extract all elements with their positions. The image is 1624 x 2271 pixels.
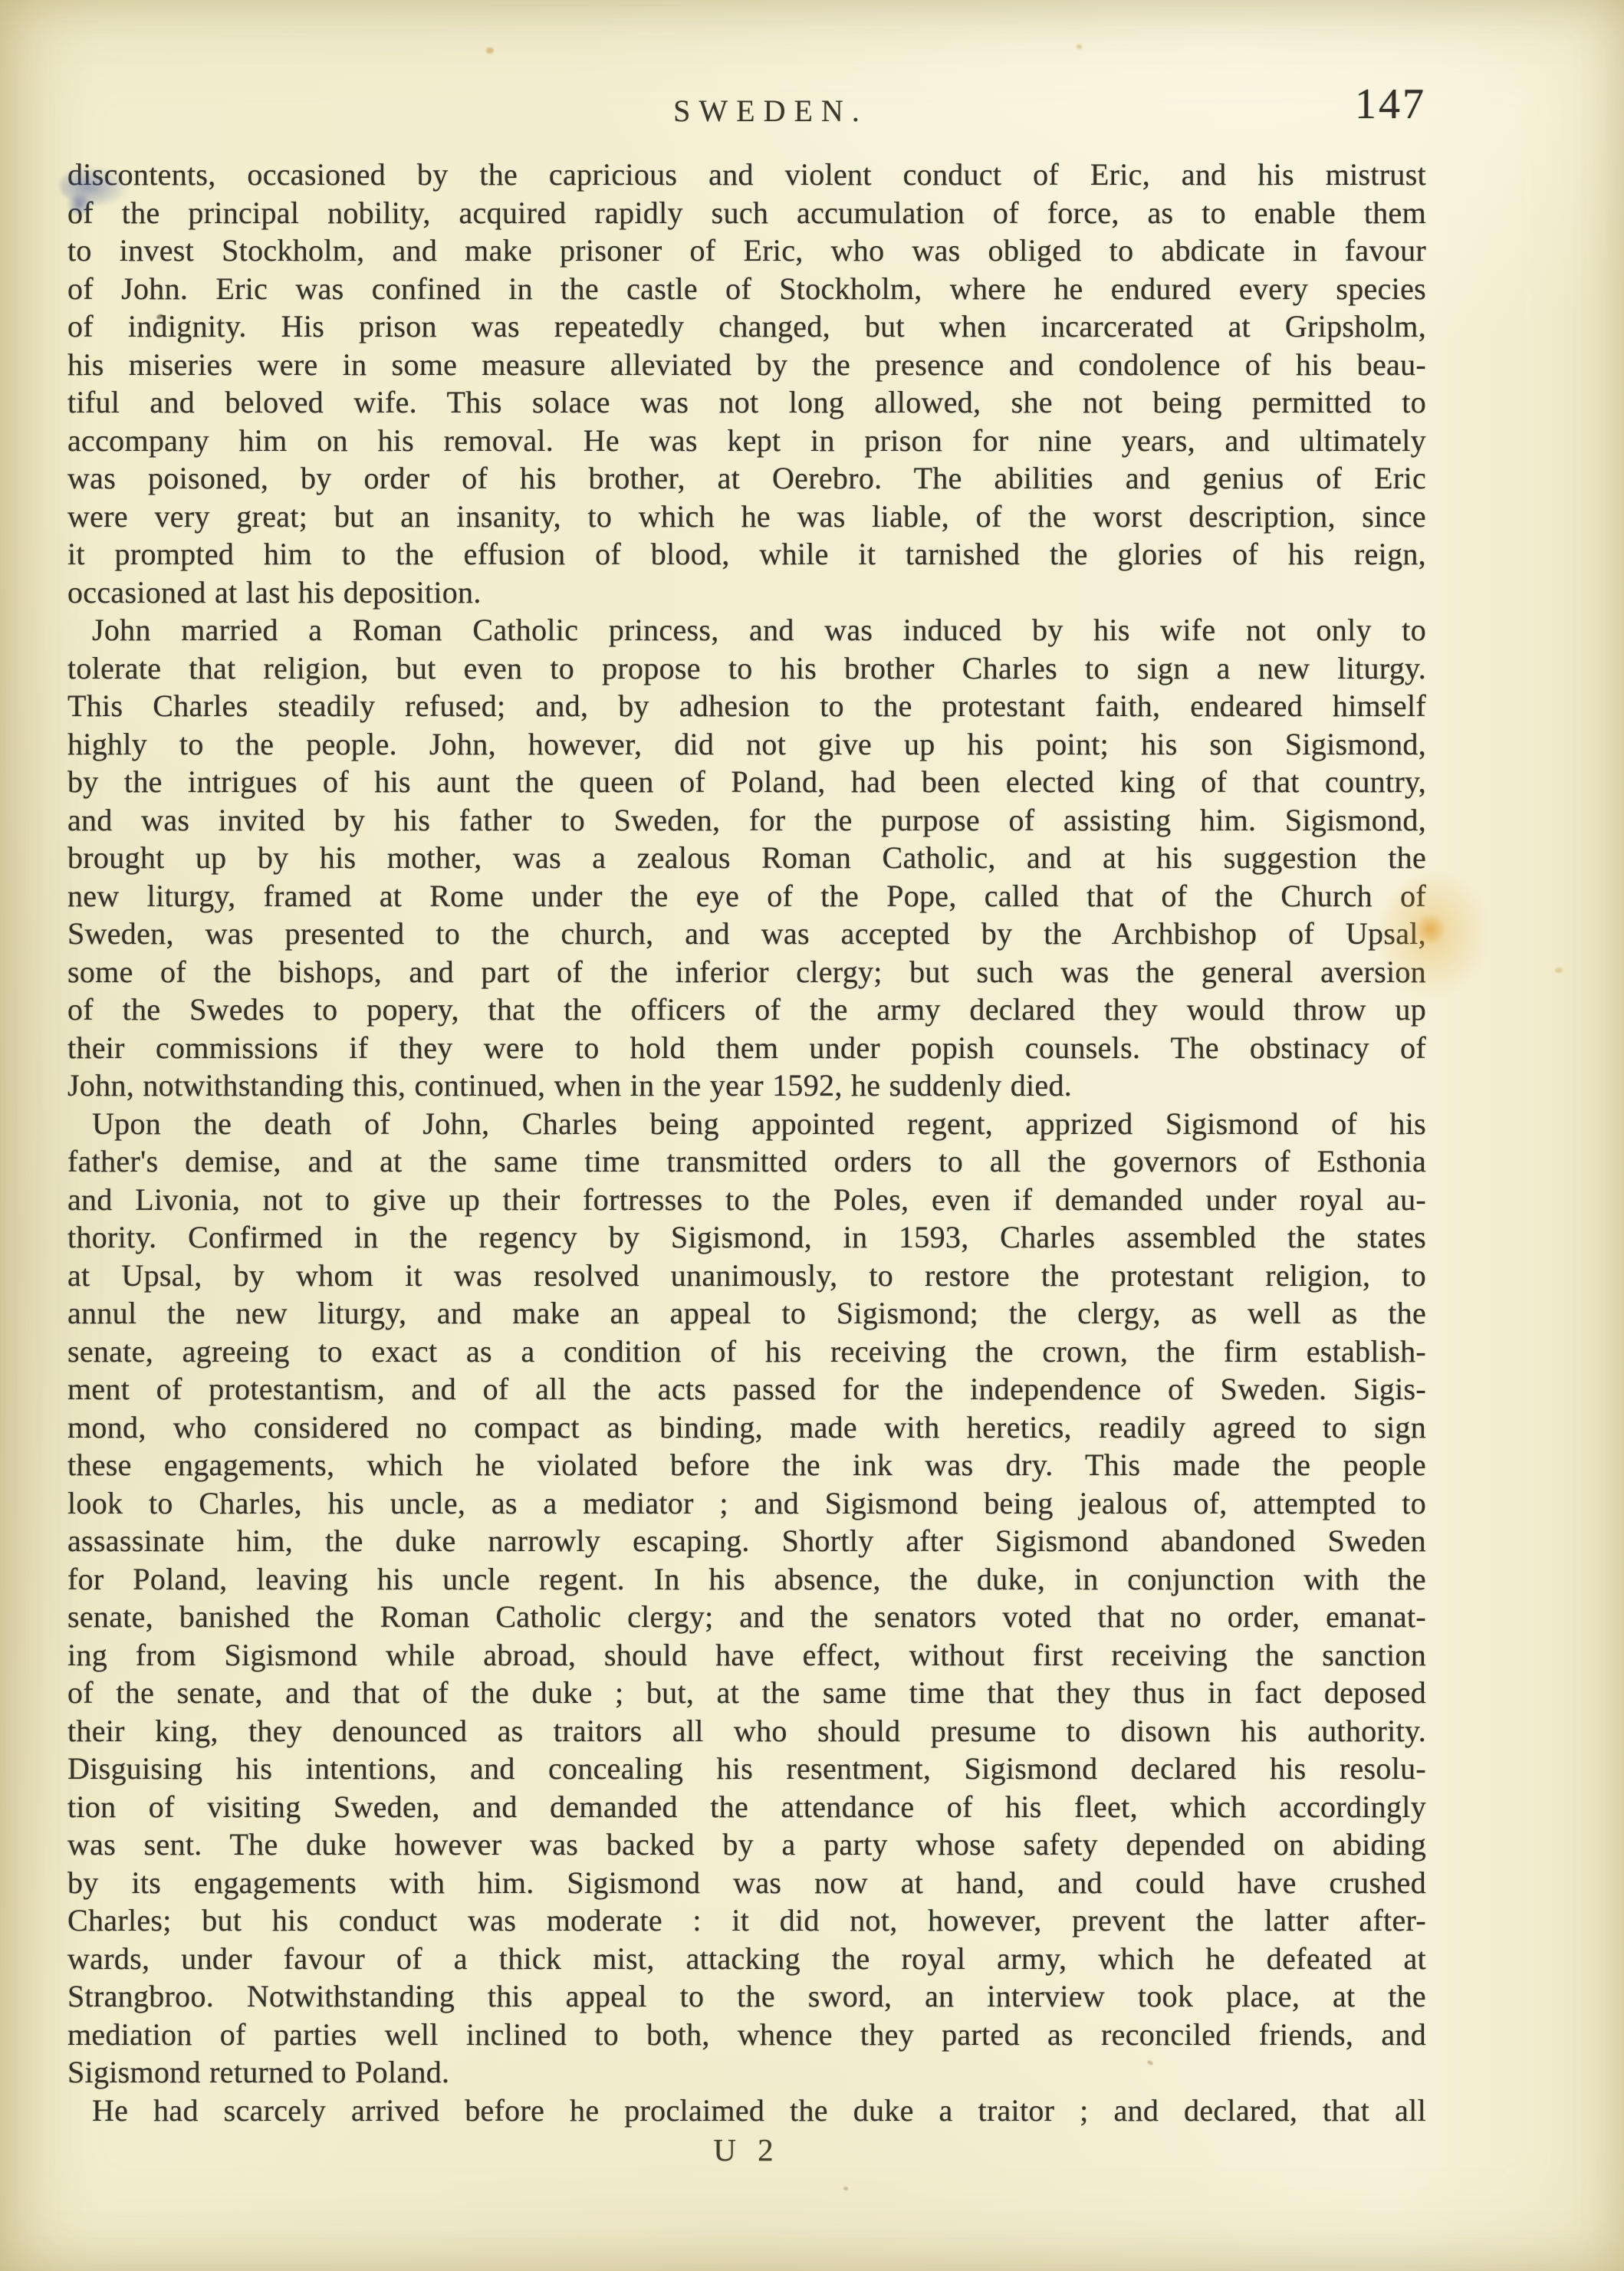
text-line: father's demise, and at the same time tr…	[67, 1142, 1426, 1181]
text-line: mediation of parties well inclined to bo…	[67, 2016, 1426, 2054]
text-line: ment of protestantism, and of all the ac…	[67, 1370, 1426, 1408]
text-line: ing from Sigismond while abroad, should …	[67, 1636, 1426, 1674]
text-line: their king, they denounced as traitors a…	[67, 1712, 1426, 1750]
text-line: to invest Stockholm, and make prisoner o…	[67, 232, 1426, 270]
text-line: accompany him on his removal. He was kep…	[67, 422, 1426, 460]
text-line: and Livonia, not to give up their fortre…	[67, 1181, 1426, 1219]
text-line: of the senate, and that of the duke ; bu…	[67, 1674, 1426, 1712]
text-line: highly to the people. John, however, did…	[67, 725, 1426, 764]
text-line: mond, who considered no compact as bindi…	[67, 1408, 1426, 1447]
text-line: these engagements, which he violated bef…	[67, 1446, 1426, 1484]
paragraph: discontents, occasioned by the capriciou…	[67, 156, 1426, 611]
scanned-book-page: SWEDEN. 147 discontents, occasioned by t…	[0, 0, 1624, 2271]
paper-speck	[1555, 968, 1563, 973]
text-line: was sent. The duke however was backed by…	[67, 1826, 1426, 1864]
text-line: it prompted him to the effusion of blood…	[67, 535, 1426, 574]
text-line: thority. Confirmed in the regency by Sig…	[67, 1218, 1426, 1257]
signature-mark: U 2	[67, 2131, 1426, 2168]
text-line: some of the bishops, and part of the inf…	[67, 953, 1426, 991]
text-line: of the Swedes to popery, that the office…	[67, 991, 1426, 1029]
text-line: new liturgy, framed at Rome under the ey…	[67, 877, 1426, 915]
text-line: tolerate that religion, but even to prop…	[67, 649, 1426, 688]
text-line: He had scarcely arrived before he procla…	[67, 2092, 1426, 2130]
page-body-text: discontents, occasioned by the capriciou…	[67, 156, 1426, 2129]
text-line: of the principal nobility, acquired rapi…	[67, 194, 1426, 232]
paragraph: He had scarcely arrived before he procla…	[67, 2092, 1426, 2130]
text-line: by the intrigues of his aunt the queen o…	[67, 763, 1426, 801]
text-line: by its engagements with him. Sigismond w…	[67, 1864, 1426, 1902]
text-line: Sigismond returned to Poland.	[67, 2053, 1426, 2092]
text-line: his miseries were in some measure allevi…	[67, 346, 1426, 384]
text-line: John married a Roman Catholic princess, …	[67, 611, 1426, 649]
text-line: This Charles steadily refused; and, by a…	[67, 687, 1426, 725]
text-line: senate, agreeing to exact as a condition…	[67, 1333, 1426, 1371]
text-line: and was invited by his father to Sweden,…	[67, 801, 1426, 840]
text-line: Strangbroo. Notwithstanding this appeal …	[67, 1977, 1426, 2016]
text-line: senate, banished the Roman Catholic cler…	[67, 1598, 1426, 1636]
text-line: discontents, occasioned by the capriciou…	[67, 156, 1426, 194]
text-line: for Poland, leaving his uncle regent. In…	[67, 1560, 1426, 1599]
text-line: tion of visiting Sweden, and demanded th…	[67, 1788, 1426, 1826]
text-line: John, notwithstanding this, continued, w…	[67, 1066, 1426, 1105]
paper-speck	[486, 48, 494, 54]
text-line: assassinate him, the duke narrowly escap…	[67, 1522, 1426, 1560]
text-line: of John. Eric was confined in the castle…	[67, 270, 1426, 308]
paragraph: Upon the death of John, Charles being ap…	[67, 1105, 1426, 2092]
page-number: 147	[1227, 80, 1426, 129]
text-line: Charles; but his conduct was moderate : …	[67, 1901, 1426, 1940]
paper-speck	[843, 2187, 848, 2190]
text-line: was poisoned, by order of his brother, a…	[67, 459, 1426, 498]
text-line: Upon the death of John, Charles being ap…	[67, 1105, 1426, 1143]
paragraph: John married a Roman Catholic princess, …	[67, 611, 1426, 1105]
text-line: tiful and beloved wife. This solace was …	[67, 383, 1426, 422]
text-line: Sweden, was presented to the church, and…	[67, 915, 1426, 953]
text-line: look to Charles, his uncle, as a mediato…	[67, 1484, 1426, 1523]
text-line: wards, under favour of a thick mist, att…	[67, 1940, 1426, 1978]
text-line: their commissions if they were to hold t…	[67, 1029, 1426, 1067]
text-line: brought up by his mother, was a zealous …	[67, 839, 1426, 877]
text-line: annul the new liturgy, and make an appea…	[67, 1294, 1426, 1333]
text-line: Disguising his intentions, and concealin…	[67, 1750, 1426, 1788]
text-line: occasioned at last his deposition.	[67, 574, 1426, 612]
paper-speck	[1077, 44, 1082, 49]
text-line: were very great; but an insanity, to whi…	[67, 498, 1426, 536]
text-line: at Upsal, by whom it was resolved unanim…	[67, 1257, 1426, 1295]
text-line: of indignity. His prison was repeatedly …	[67, 307, 1426, 346]
